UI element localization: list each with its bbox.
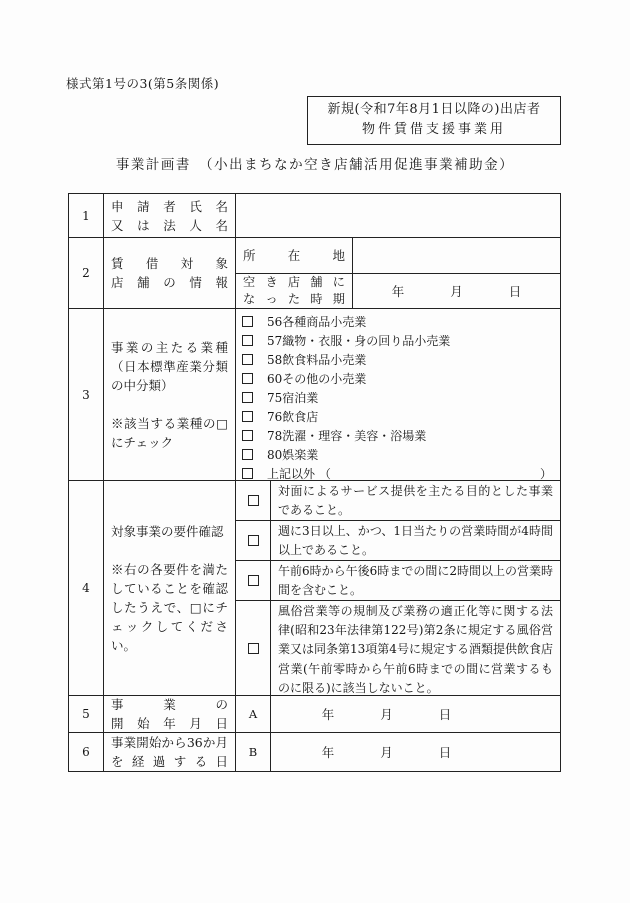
row3-label-paragraph1: 事業の主たる業種（日本標準産業分類の中分類） bbox=[111, 338, 228, 395]
requirement-row: 対面によるサービス提供を主たる目的とした事業であること。 bbox=[236, 481, 560, 521]
row3-label: 事業の主たる業種（日本標準産業分類の中分類） ※該当する業種の□にチェック bbox=[104, 309, 236, 480]
requirement-checkbox-cell bbox=[236, 601, 271, 696]
month-placeholder: 月 bbox=[380, 743, 393, 761]
row4-label-paragraph2: ※右の各要件を満たしていることを確認したうえで、□にチェックしてください。 bbox=[111, 560, 228, 655]
row2-subrow-vacancy: 空き店舗に なった時期 年 月 日 bbox=[236, 274, 560, 309]
address-field[interactable] bbox=[353, 238, 560, 273]
row2-label-line2: 店舗の情報 bbox=[111, 273, 228, 292]
row4-number: 4 bbox=[69, 481, 104, 695]
row5-number: 5 bbox=[69, 696, 104, 732]
row2-number: 2 bbox=[69, 238, 104, 308]
other-option-close-paren: ） bbox=[540, 465, 552, 482]
year-placeholder: 年 bbox=[322, 743, 335, 761]
month-placeholder: 月 bbox=[380, 705, 393, 723]
requirement-text: 午前6時から午後6時までの間に2時間以上の営業時間を含むこと。 bbox=[271, 561, 560, 600]
industry-option: 57織物・衣服・身の回り品小売業 bbox=[242, 331, 560, 350]
row4-label: 対象事業の要件確認 ※右の各要件を満たしていることを確認したうえで、□にチェック… bbox=[104, 481, 236, 695]
checkbox-icon[interactable] bbox=[242, 392, 253, 403]
row5-marker: A bbox=[236, 696, 271, 732]
row1-number: 1 bbox=[69, 194, 104, 237]
vacancy-label-line2: なった時期 bbox=[243, 291, 345, 308]
table-row-3: 3 事業の主たる業種（日本標準産業分類の中分類） ※該当する業種の□にチェック … bbox=[69, 309, 560, 481]
table-row-4: 4 対象事業の要件確認 ※右の各要件を満たしていることを確認したうえで、□にチェ… bbox=[69, 481, 560, 696]
checkbox-icon[interactable] bbox=[242, 354, 253, 365]
address-label: 所在地 bbox=[236, 238, 353, 273]
industry-option: 56各種商品小売業 bbox=[242, 312, 560, 331]
row3-label-paragraph2: ※該当する業種の□にチェック bbox=[111, 414, 228, 452]
industry-option: 58飲食料品小売業 bbox=[242, 350, 560, 369]
requirement-row: 午前6時から午後6時までの間に2時間以上の営業時間を含むこと。 bbox=[236, 561, 560, 601]
checkbox-icon[interactable] bbox=[248, 575, 259, 586]
document-page: 様式第1号の3(第5条関係) 新規(令和7年8月1日以降の)出店者 物件賃借支援… bbox=[0, 0, 630, 903]
table-row-1: 1 申請者氏名 又は法人名 bbox=[69, 194, 560, 238]
table-row-6: 6 事業開始から36か月を経過する日 B 年 月 日 bbox=[69, 733, 560, 771]
row5-label-line1: 事業の bbox=[111, 695, 228, 714]
row1-label-line1: 申請者氏名 bbox=[111, 197, 228, 216]
day-placeholder: 日 bbox=[509, 282, 522, 300]
industry-option: 78洗濯・理容・美容・浴場業 bbox=[242, 426, 560, 445]
industry-option: 60その他の小売業 bbox=[242, 369, 560, 388]
day-placeholder: 日 bbox=[439, 705, 452, 723]
row4-label-paragraph1: 対象事業の要件確認 bbox=[111, 522, 228, 541]
requirement-text: 風俗営業等の規制及び業務の適正化等に関する法律(昭和23年法律第122号)第2条… bbox=[271, 601, 560, 696]
elapse-date-field[interactable]: 年 月 日 bbox=[271, 733, 560, 771]
checkbox-icon[interactable] bbox=[242, 316, 253, 327]
checkbox-icon[interactable] bbox=[242, 411, 253, 422]
checkbox-icon[interactable] bbox=[242, 430, 253, 441]
industry-option: 75宿泊業 bbox=[242, 388, 560, 407]
row6-label: 事業開始から36か月を経過する日 bbox=[104, 733, 236, 771]
checkbox-icon[interactable] bbox=[242, 468, 253, 479]
checkbox-icon[interactable] bbox=[242, 373, 253, 384]
checkbox-icon[interactable] bbox=[248, 535, 259, 546]
table-row-2: 2 賃借対象 店舗の情報 所在地 空き店舗に なった時期 bbox=[69, 238, 560, 309]
row5-label-line2: 開始年月日 bbox=[111, 714, 228, 733]
row6-number: 6 bbox=[69, 733, 104, 771]
row2-subrow-address: 所在地 bbox=[236, 238, 560, 274]
row2-label: 賃借対象 店舗の情報 bbox=[104, 238, 236, 308]
row5-label: 事業の 開始年月日 bbox=[104, 696, 236, 732]
requirement-text: 対面によるサービス提供を主たる目的とした事業であること。 bbox=[271, 481, 560, 520]
requirement-row: 風俗営業等の規制及び業務の適正化等に関する法律(昭和23年法律第122号)第2条… bbox=[236, 601, 560, 696]
table-row-5: 5 事業の 開始年月日 A 年 月 日 bbox=[69, 696, 560, 733]
requirement-text: 週に3日以上、かつ、1日当たりの営業時間が4時間以上であること。 bbox=[271, 521, 560, 560]
checkbox-icon[interactable] bbox=[248, 495, 259, 506]
row2-label-line1: 賃借対象 bbox=[111, 254, 228, 273]
usage-tag-box: 新規(令和7年8月1日以降の)出店者 物件賃借支援事業用 bbox=[307, 96, 561, 145]
requirements-list: 対面によるサービス提供を主たる目的とした事業であること。 週に3日以上、かつ、1… bbox=[236, 481, 560, 695]
checkbox-icon[interactable] bbox=[242, 449, 253, 460]
row1-label-line2: 又は法人名 bbox=[111, 216, 228, 235]
applicant-name-field[interactable] bbox=[236, 194, 560, 237]
row1-label: 申請者氏名 又は法人名 bbox=[104, 194, 236, 237]
page-title: 事業計画書 （小出まちなか空き店舗活用促進事業補助金） bbox=[0, 153, 630, 173]
vacancy-label-line1: 空き店舗に bbox=[243, 274, 345, 291]
requirement-checkbox-cell bbox=[236, 481, 271, 520]
industry-checklist: 56各種商品小売業 57織物・衣服・身の回り品小売業 58飲食料品小売業 60そ… bbox=[236, 309, 560, 480]
industry-option: 80娯楽業 bbox=[242, 445, 560, 464]
business-plan-table: 1 申請者氏名 又は法人名 2 賃借対象 店舗の情報 所在地 bbox=[68, 193, 561, 772]
form-number: 様式第1号の3(第5条関係) bbox=[66, 74, 219, 92]
checkbox-icon[interactable] bbox=[248, 643, 259, 654]
day-placeholder: 日 bbox=[439, 743, 452, 761]
tag-box-line-1: 新規(令和7年8月1日以降の)出店者 bbox=[308, 100, 560, 120]
year-placeholder: 年 bbox=[392, 282, 405, 300]
checkbox-icon[interactable] bbox=[242, 335, 253, 346]
tag-box-line-2: 物件賃借支援事業用 bbox=[308, 120, 560, 140]
requirement-row: 週に3日以上、かつ、1日当たりの営業時間が4時間以上であること。 bbox=[236, 521, 560, 561]
start-date-field[interactable]: 年 月 日 bbox=[271, 696, 560, 732]
row2-content: 所在地 空き店舗に なった時期 年 月 日 bbox=[236, 238, 560, 308]
requirement-checkbox-cell bbox=[236, 561, 271, 600]
vacancy-date-label: 空き店舗に なった時期 bbox=[236, 274, 353, 309]
requirement-checkbox-cell bbox=[236, 521, 271, 560]
vacancy-date-field[interactable]: 年 月 日 bbox=[353, 274, 560, 309]
row3-number: 3 bbox=[69, 309, 104, 480]
industry-option: 76飲食店 bbox=[242, 407, 560, 426]
month-placeholder: 月 bbox=[450, 282, 463, 300]
row6-marker: B bbox=[236, 733, 271, 771]
row6-label-text: 事業開始から36か月を経過する日 bbox=[111, 733, 228, 771]
other-option-label: 上記以外 （ bbox=[267, 465, 331, 482]
year-placeholder: 年 bbox=[322, 705, 335, 723]
